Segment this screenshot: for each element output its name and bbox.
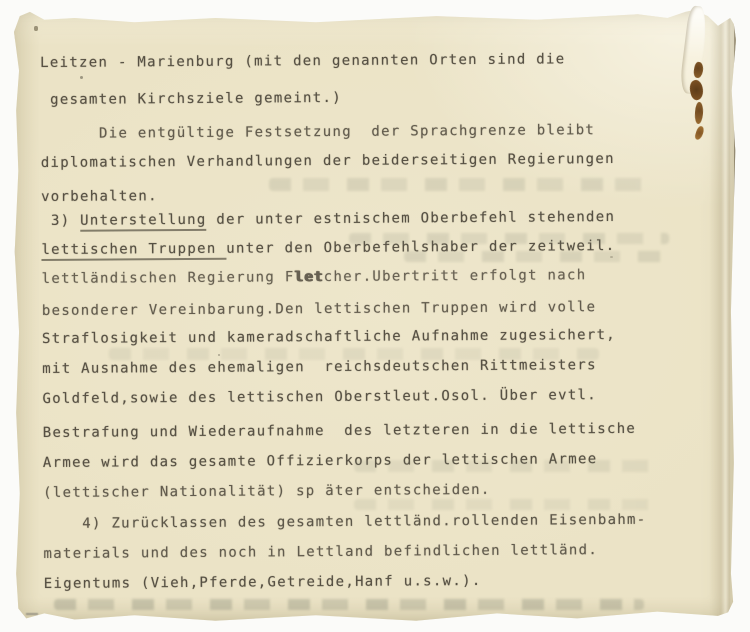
show-through-smudge bbox=[404, 251, 669, 262]
rust-stain-blob bbox=[694, 102, 704, 125]
text-segment: diplomatischen Verhandlungen der beiders… bbox=[41, 151, 615, 171]
text-segment: Eigentums (Vieh,Pferde,Getreide,Hanf u.s… bbox=[44, 573, 482, 592]
scanned-document-page: Leitzen - Marienburg (mit den genannten … bbox=[0, 0, 750, 632]
text-segment: lettländischen Regierung F bbox=[42, 269, 295, 287]
text-segment: der unter estnischem Oberbefehl stehende… bbox=[207, 209, 616, 228]
text-segment: Straflosigkeit und kameradschaftliche Au… bbox=[42, 327, 616, 347]
text-segment: 4) Zurücklassen des gesamten lettländ.ro… bbox=[43, 512, 646, 532]
rust-stain-blob bbox=[688, 79, 705, 102]
paper-right-edge bbox=[734, 16, 737, 616]
dust-speck bbox=[610, 256, 613, 258]
typewritten-text: Leitzen - Marienburg (mit den genannten … bbox=[40, 43, 704, 599]
dust-speck bbox=[80, 76, 83, 79]
corner-speck bbox=[34, 26, 38, 31]
text-segment: vorbehalten. bbox=[41, 188, 158, 205]
text-line: lettländischen Regierung Fletcher.Ubertr… bbox=[42, 259, 702, 294]
underlined-text-segment: Unterstellung bbox=[80, 212, 207, 232]
show-through-smudge bbox=[349, 233, 669, 244]
rust-stain-blob bbox=[693, 61, 705, 78]
text-line: Leitzen - Marienburg (mit den genannten … bbox=[40, 43, 700, 78]
text-segment: Bestrafung und Wiederaufnahme des letzte… bbox=[43, 421, 637, 441]
show-through-smudge bbox=[269, 178, 654, 191]
text-line: Eigentums (Vieh,Pferde,Getreide,Hanf u.s… bbox=[44, 564, 704, 599]
text-line: materials und des noch in Lettland befin… bbox=[43, 534, 703, 569]
underlined-text-segment: lettischen Truppen bbox=[41, 241, 226, 261]
text-segment: Leitzen - Marienburg (mit den genannten … bbox=[40, 51, 565, 71]
text-segment: Die entgültige Festsetzung der Sprachgre… bbox=[41, 122, 596, 142]
rust-stain-blob bbox=[694, 125, 705, 140]
overtyped-text-segment: let bbox=[295, 269, 324, 285]
text-segment: 3) bbox=[41, 213, 80, 229]
text-segment: besonderer Vereinbarung.Den lettischen T… bbox=[42, 299, 597, 319]
text-segment: cher.Ubertritt erfolgt nach bbox=[324, 267, 587, 285]
show-through-smudge bbox=[109, 348, 599, 360]
dust-speck bbox=[218, 354, 220, 356]
text-line: gesamten Kirchsziele gemeint.) bbox=[40, 80, 700, 115]
text-line: Bestrafung und Wiederaufnahme des letzte… bbox=[43, 413, 703, 448]
document-paper: Leitzen - Marienburg (mit den genannten … bbox=[14, 10, 736, 622]
paper-fold-crease bbox=[710, 10, 730, 622]
text-segment: gesamten Kirchsziele gemeint.) bbox=[40, 90, 342, 108]
rust-stain bbox=[688, 62, 706, 146]
text-segment: mit Ausnahme des ehemaligen reichsdeutsc… bbox=[42, 357, 597, 377]
show-through-smudge bbox=[354, 499, 654, 510]
text-segment: Goldfeld,sowie des lettischen Oberstleut… bbox=[42, 387, 597, 407]
show-through-text-row bbox=[54, 599, 644, 610]
text-line: diplomatischen Verhandlungen der beiders… bbox=[41, 143, 701, 178]
stray-pencil-dash bbox=[26, 613, 38, 615]
text-segment: materials und des noch in Lettland befin… bbox=[43, 542, 598, 562]
show-through-smudge bbox=[354, 460, 654, 472]
text-line: Goldfeld,sowie des lettischen Oberstleut… bbox=[42, 379, 702, 414]
